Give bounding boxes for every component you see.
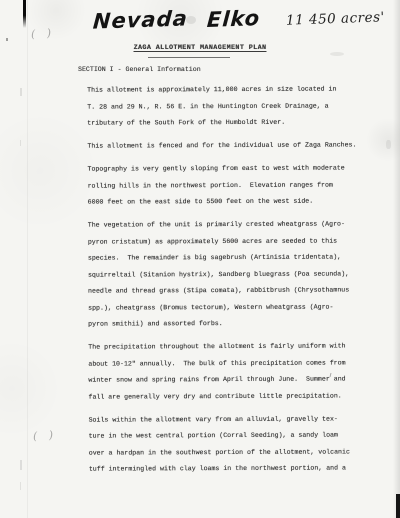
text-line: pyron smithii) and assorted forbs. bbox=[88, 315, 378, 333]
text-line: spp.), cheatgrass (Bromus tectorum), Wes… bbox=[88, 299, 378, 317]
text-line: The vegetation of the unit is primarily … bbox=[88, 216, 378, 234]
text-line: winter snow and spring rains from April … bbox=[88, 371, 378, 389]
scan-speck bbox=[20, 482, 21, 490]
body-paragraphs: This allotment is approximately 11,000 a… bbox=[87, 81, 379, 484]
scan-speck bbox=[20, 460, 22, 470]
handwritten-acreage: 11 450 acres' bbox=[286, 9, 385, 28]
text-line: 6000 feet on the east side to 5500 feet … bbox=[88, 193, 378, 211]
text-line: Soils within the allotment vary from an … bbox=[89, 411, 379, 429]
paragraph: The precipitation throughout the allotme… bbox=[88, 338, 378, 405]
text-line: This allotment is approximately 11,000 a… bbox=[87, 81, 377, 99]
handwritten-state: Nevada bbox=[92, 6, 189, 33]
text-line: The precipitation throughout the allotme… bbox=[88, 338, 378, 356]
text-line: rolling hills in the northwest portion. … bbox=[88, 177, 378, 195]
paragraph: Topography is very gently sloping from e… bbox=[87, 160, 377, 211]
text-line: about 10-12" annually. The bulk of this … bbox=[88, 355, 378, 373]
scan-speck bbox=[330, 52, 344, 56]
scan-speck bbox=[6, 38, 8, 41]
margin-mark-top: ( ) bbox=[31, 26, 56, 41]
text-line: This allotment is fenced and for the ind… bbox=[87, 137, 377, 155]
title-underline-stroke bbox=[148, 57, 230, 58]
scan-speck bbox=[186, 16, 196, 24]
text-line: over a hardpan in the southwest portion … bbox=[89, 444, 379, 462]
text-line: pyron cristatum) as approximately 5600 a… bbox=[88, 233, 378, 251]
text-line: Topography is very gently sloping from e… bbox=[87, 160, 377, 178]
paragraph: Soils within the allotment vary from an … bbox=[89, 411, 379, 478]
paragraph: The vegetation of the unit is primarily … bbox=[88, 216, 379, 333]
text-line: squirreltail (Sitanion hystrix), Sandber… bbox=[88, 266, 378, 284]
text-line: species. The remainder is big sagebrush … bbox=[88, 249, 378, 267]
scan-speck bbox=[386, 140, 391, 149]
text-line: tuff intermingled with clay loams in the… bbox=[89, 460, 379, 478]
handwritten-header: Nevada Elko 11 450 acres' bbox=[0, 0, 400, 40]
text-line: fall are generally very dry and contribu… bbox=[88, 388, 378, 406]
section-heading: SECTION I - General Information bbox=[78, 66, 201, 73]
scan-speck bbox=[20, 88, 22, 96]
text-line: tributary of the South Fork of the Humbo… bbox=[87, 114, 377, 132]
margin-mark-bottom: ( ) bbox=[33, 428, 58, 443]
text-line: ture in the west central portion (Corral… bbox=[89, 427, 379, 445]
page-fold-line bbox=[27, 0, 28, 518]
handwritten-office: Elko bbox=[206, 6, 261, 32]
document-title: ZAGA ALLOTMENT MANAGEMENT PLAN bbox=[0, 44, 400, 52]
scan-speck bbox=[20, 140, 21, 146]
paragraph: This allotment is fenced and for the ind… bbox=[87, 137, 377, 155]
scan-corner-mark bbox=[396, 494, 400, 518]
scanned-document-page: Nevada Elko 11 450 acres' ZAGA ALLOTMENT… bbox=[0, 0, 400, 518]
text-line: T. 28 and 29 N., R. 56 E. in the Hunting… bbox=[87, 98, 377, 116]
paragraph: This allotment is approximately 11,000 a… bbox=[87, 81, 377, 132]
scan-edge-shadow bbox=[393, 0, 400, 518]
text-line: needle and thread grass (Stipa comata), … bbox=[88, 282, 378, 300]
